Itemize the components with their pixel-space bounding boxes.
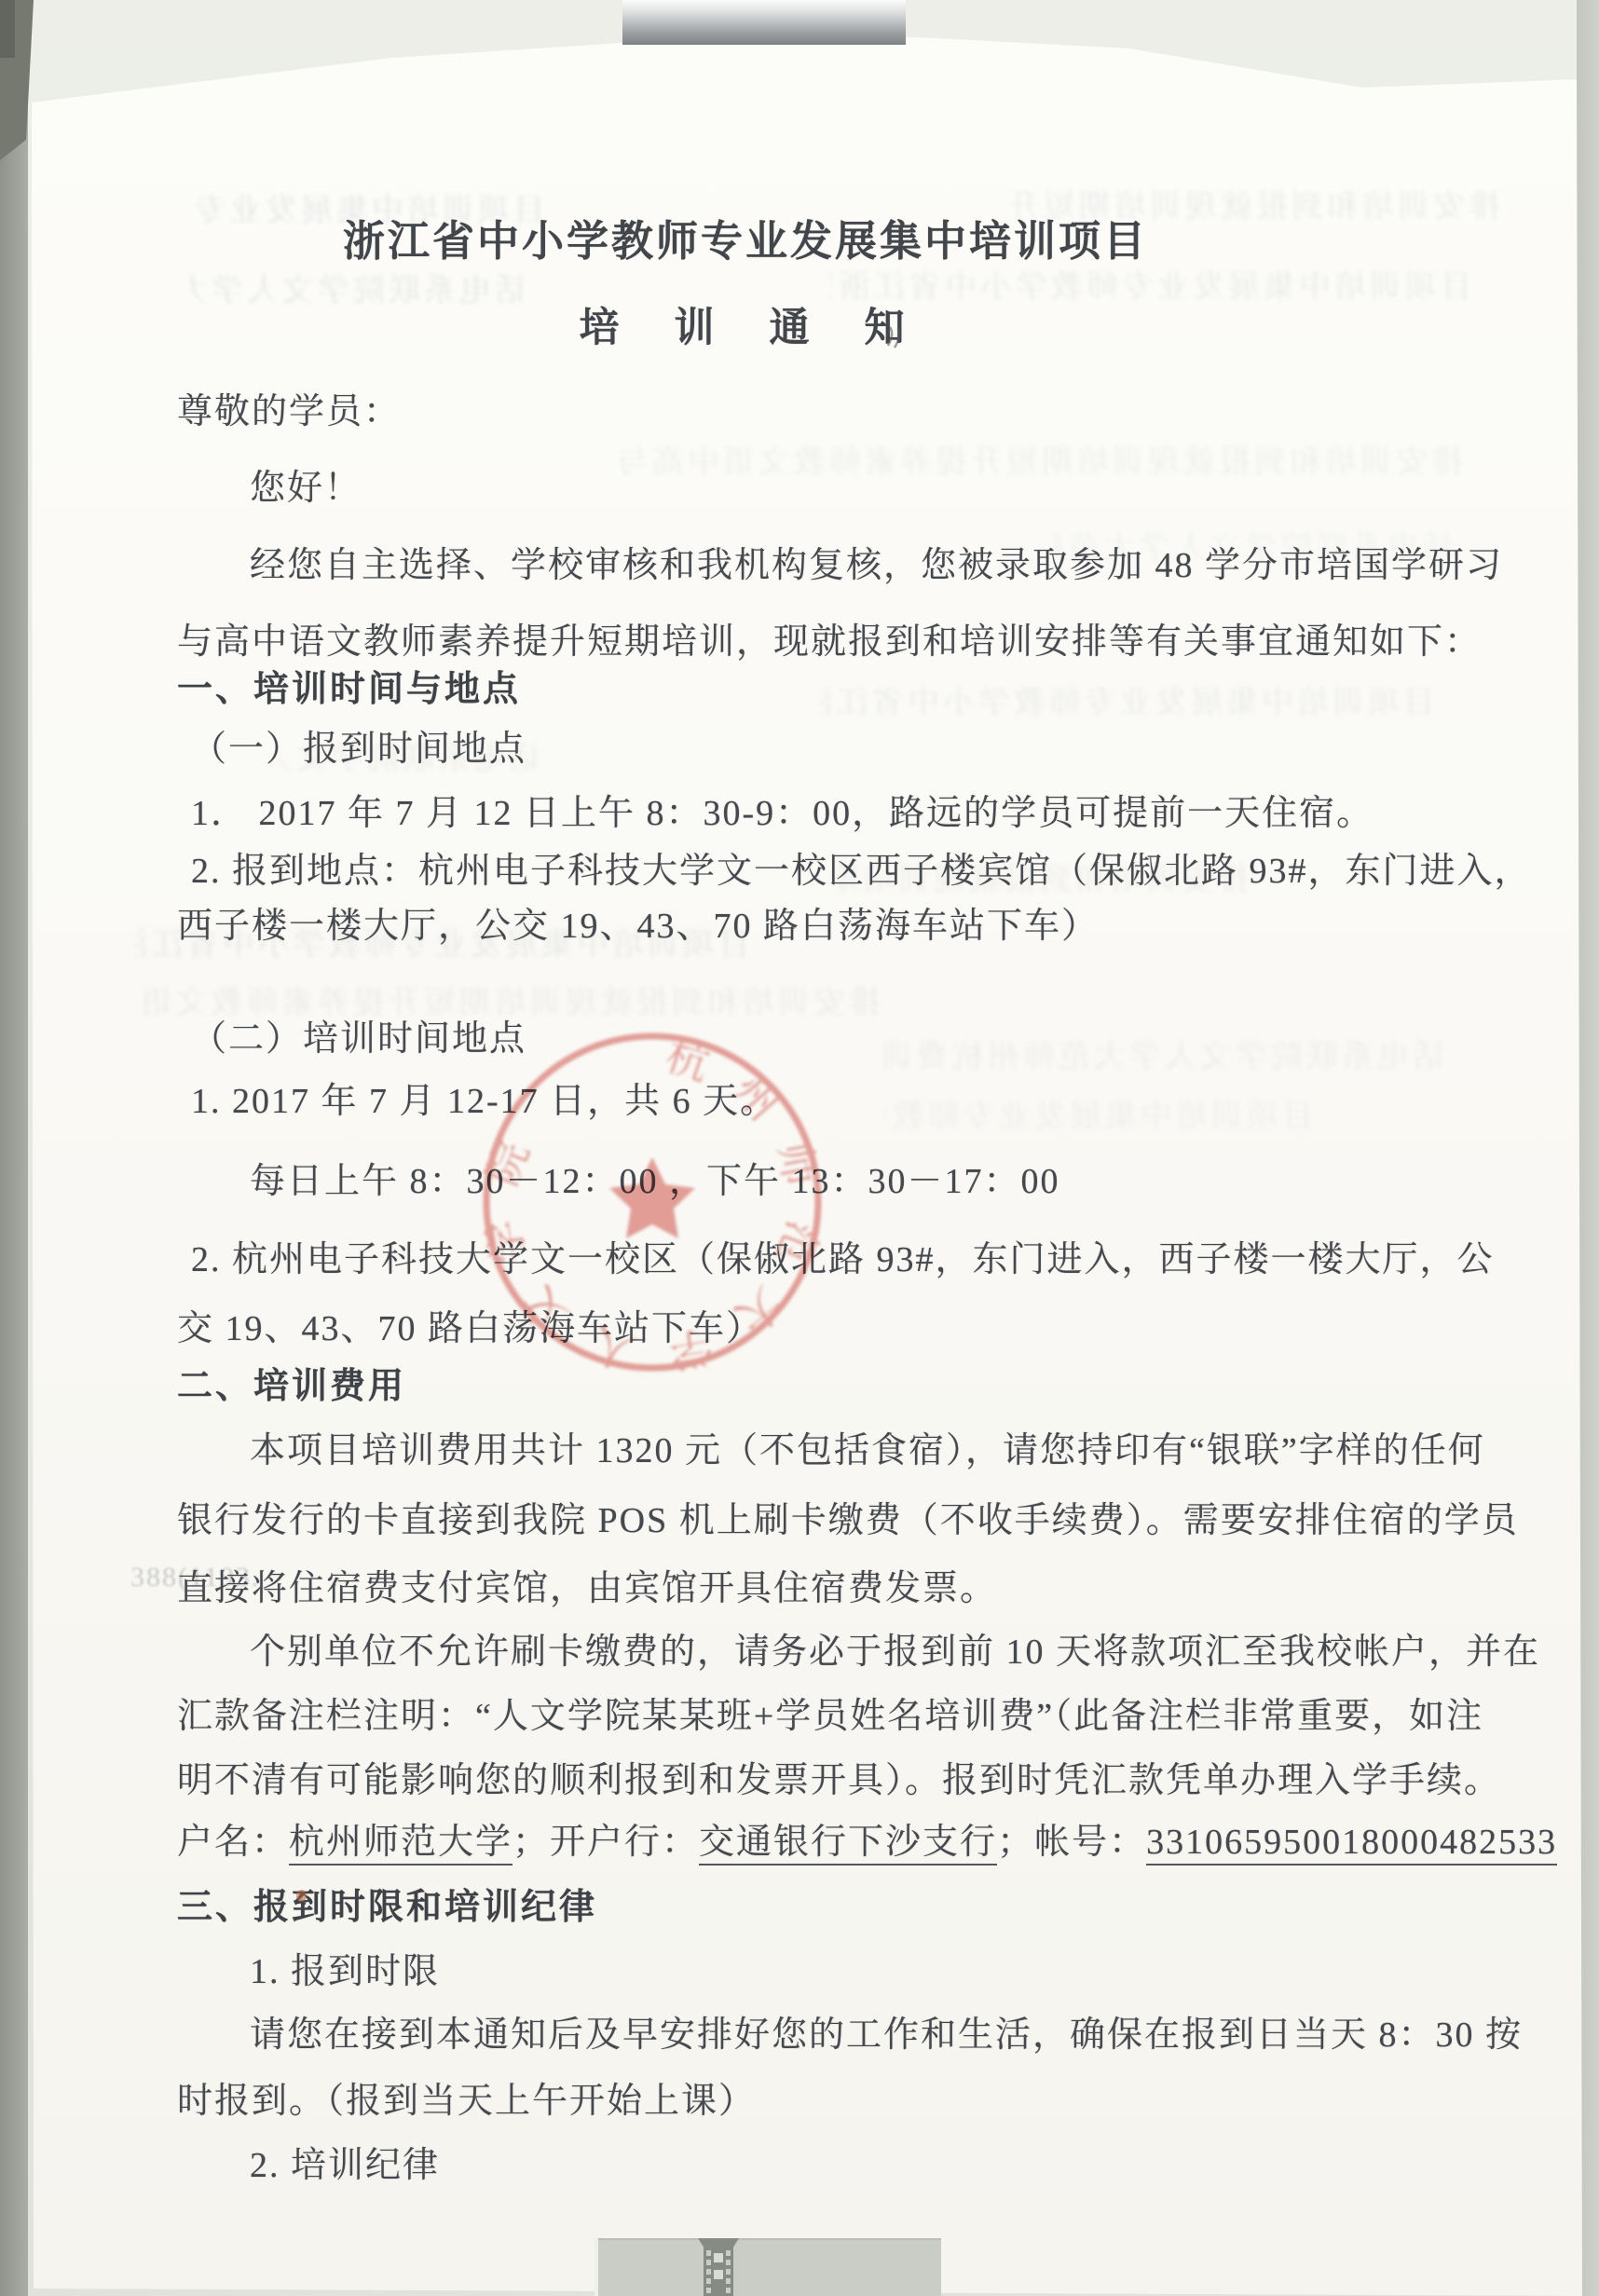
fee-line-3: 直接将住宿费支付宾馆，由宾馆开具住宿费发票。 [177,1559,997,1610]
intro-line-1: 经您自主选择、学校审核和我机构复核，您被录取参加 48 学分市培国学研习 [250,536,1503,587]
section-1-heading: 一、培训时间与地点 [177,660,521,711]
seal-star-icon [609,1157,695,1238]
scan-corner-shadow-dark [0,0,15,58]
intro-line-2: 与高中语文教师素养提升短期培训，现就报到和培训安排等有关事宜通知如下： [177,612,1482,663]
filmstrip-icon [690,2236,747,2296]
doc-title: 浙江省中小学教师专业发展集中培训项目 [140,207,1351,267]
deadline-line-1: 请您在接到本通知后及早安排好您的工作和生活，确保在报到日当天 8：30 按 [250,2005,1523,2057]
section-2-heading: 二、培训费用 [177,1357,406,1408]
deadline-line-2: 时报到。（报到当天上午开始上课） [177,2071,756,2123]
scan-speck [296,1890,307,1902]
account-holder-label: 户名： [177,1823,289,1862]
bleedthrough-text: 话电系联院学文人学大范师州杭费训培名姓员学班某某 [885,1031,1444,1070]
remittance-line-3: 明不清有可能影响您的顺利报到和发票开具）。报到时凭汇款凭单办理入学手续。 [177,1751,1501,1802]
red-seal-stamp: 杭州师范大学人文学院 [461,1016,843,1388]
bleedthrough-text: 目项训培中集展发业专师教学小中省江浙知通训培 [885,1090,1314,1129]
bleedthrough-text: 排安训培和到报就现训培期短升提养素师教文语中高与 [317,436,1463,475]
doc-subtitle: 培 训 通 知 [140,296,1351,353]
section-1-1-heading: （一）报到时间地点 [191,719,526,771]
scanned-document-page: 目项训培中集展发业专师教学小中省江浙知通训培 排安训培和到报就现训培期短升提养素… [0,0,1599,2296]
account-holder-value: 杭州师范大学 [289,1823,512,1865]
greeting-line: 您好！ [250,458,362,510]
salutation-line: 尊敬的学员： [177,382,401,433]
discipline-heading: 2. 培训纪律 [250,2136,440,2187]
scanner-bottom-box [598,2238,941,2296]
deadline-heading: 1. 报到时限 [250,1942,440,1993]
bank-branch-label: ；开户行： [512,1823,699,1862]
registration-time-line: 1． 2017 年 7 月 12 日上午 8：30-9：00，路远的学员可提前一… [191,784,1373,835]
registration-place-line-2: 西子楼一楼大厅，公交 19、43、70 路白荡海车站下车） [177,896,1099,948]
registration-place-line-1: 2. 报到地点：杭州电子科技大学文一校区西子楼宾馆（保俶北路 93#，东门进入， [191,841,1532,893]
bank-account-line: 户名：杭州师范大学；开户行：交通银行下沙支行；帐号：33106595001800… [177,1812,1557,1864]
fee-line-2: 银行发行的卡直接到我院 POS 机上刷卡缴费（不收手续费）。需要安排住宿的学员 [177,1491,1519,1542]
bleedthrough-text: 目项训培中集展发业专师教学小中省江浙知通训培 [820,676,1435,716]
pen-mark [883,324,908,350]
account-number-value: 331065950018000482533 [1146,1823,1557,1865]
scanner-top-bar [622,0,906,45]
remittance-line-1: 个别单位不允许刷卡缴费的，请务必于报到前 10 天将款项汇至我校帐户，并在 [250,1622,1540,1674]
account-number-label: ；帐号： [997,1823,1146,1862]
fee-line-1: 本项目培训费用共计 1320 元（不包括食宿），请您持印有“银联”字样的任何 [250,1421,1485,1472]
remittance-line-2: 汇款备注栏注明：“人文学院某某班+学员姓名培训费”（此备注栏非常重要，如注 [177,1687,1483,1738]
scan-left-edge [0,0,28,2296]
section-3-heading: 三、报到时限和培训纪律 [177,1878,597,1929]
bank-branch-value: 交通银行下沙支行 [699,1823,997,1865]
